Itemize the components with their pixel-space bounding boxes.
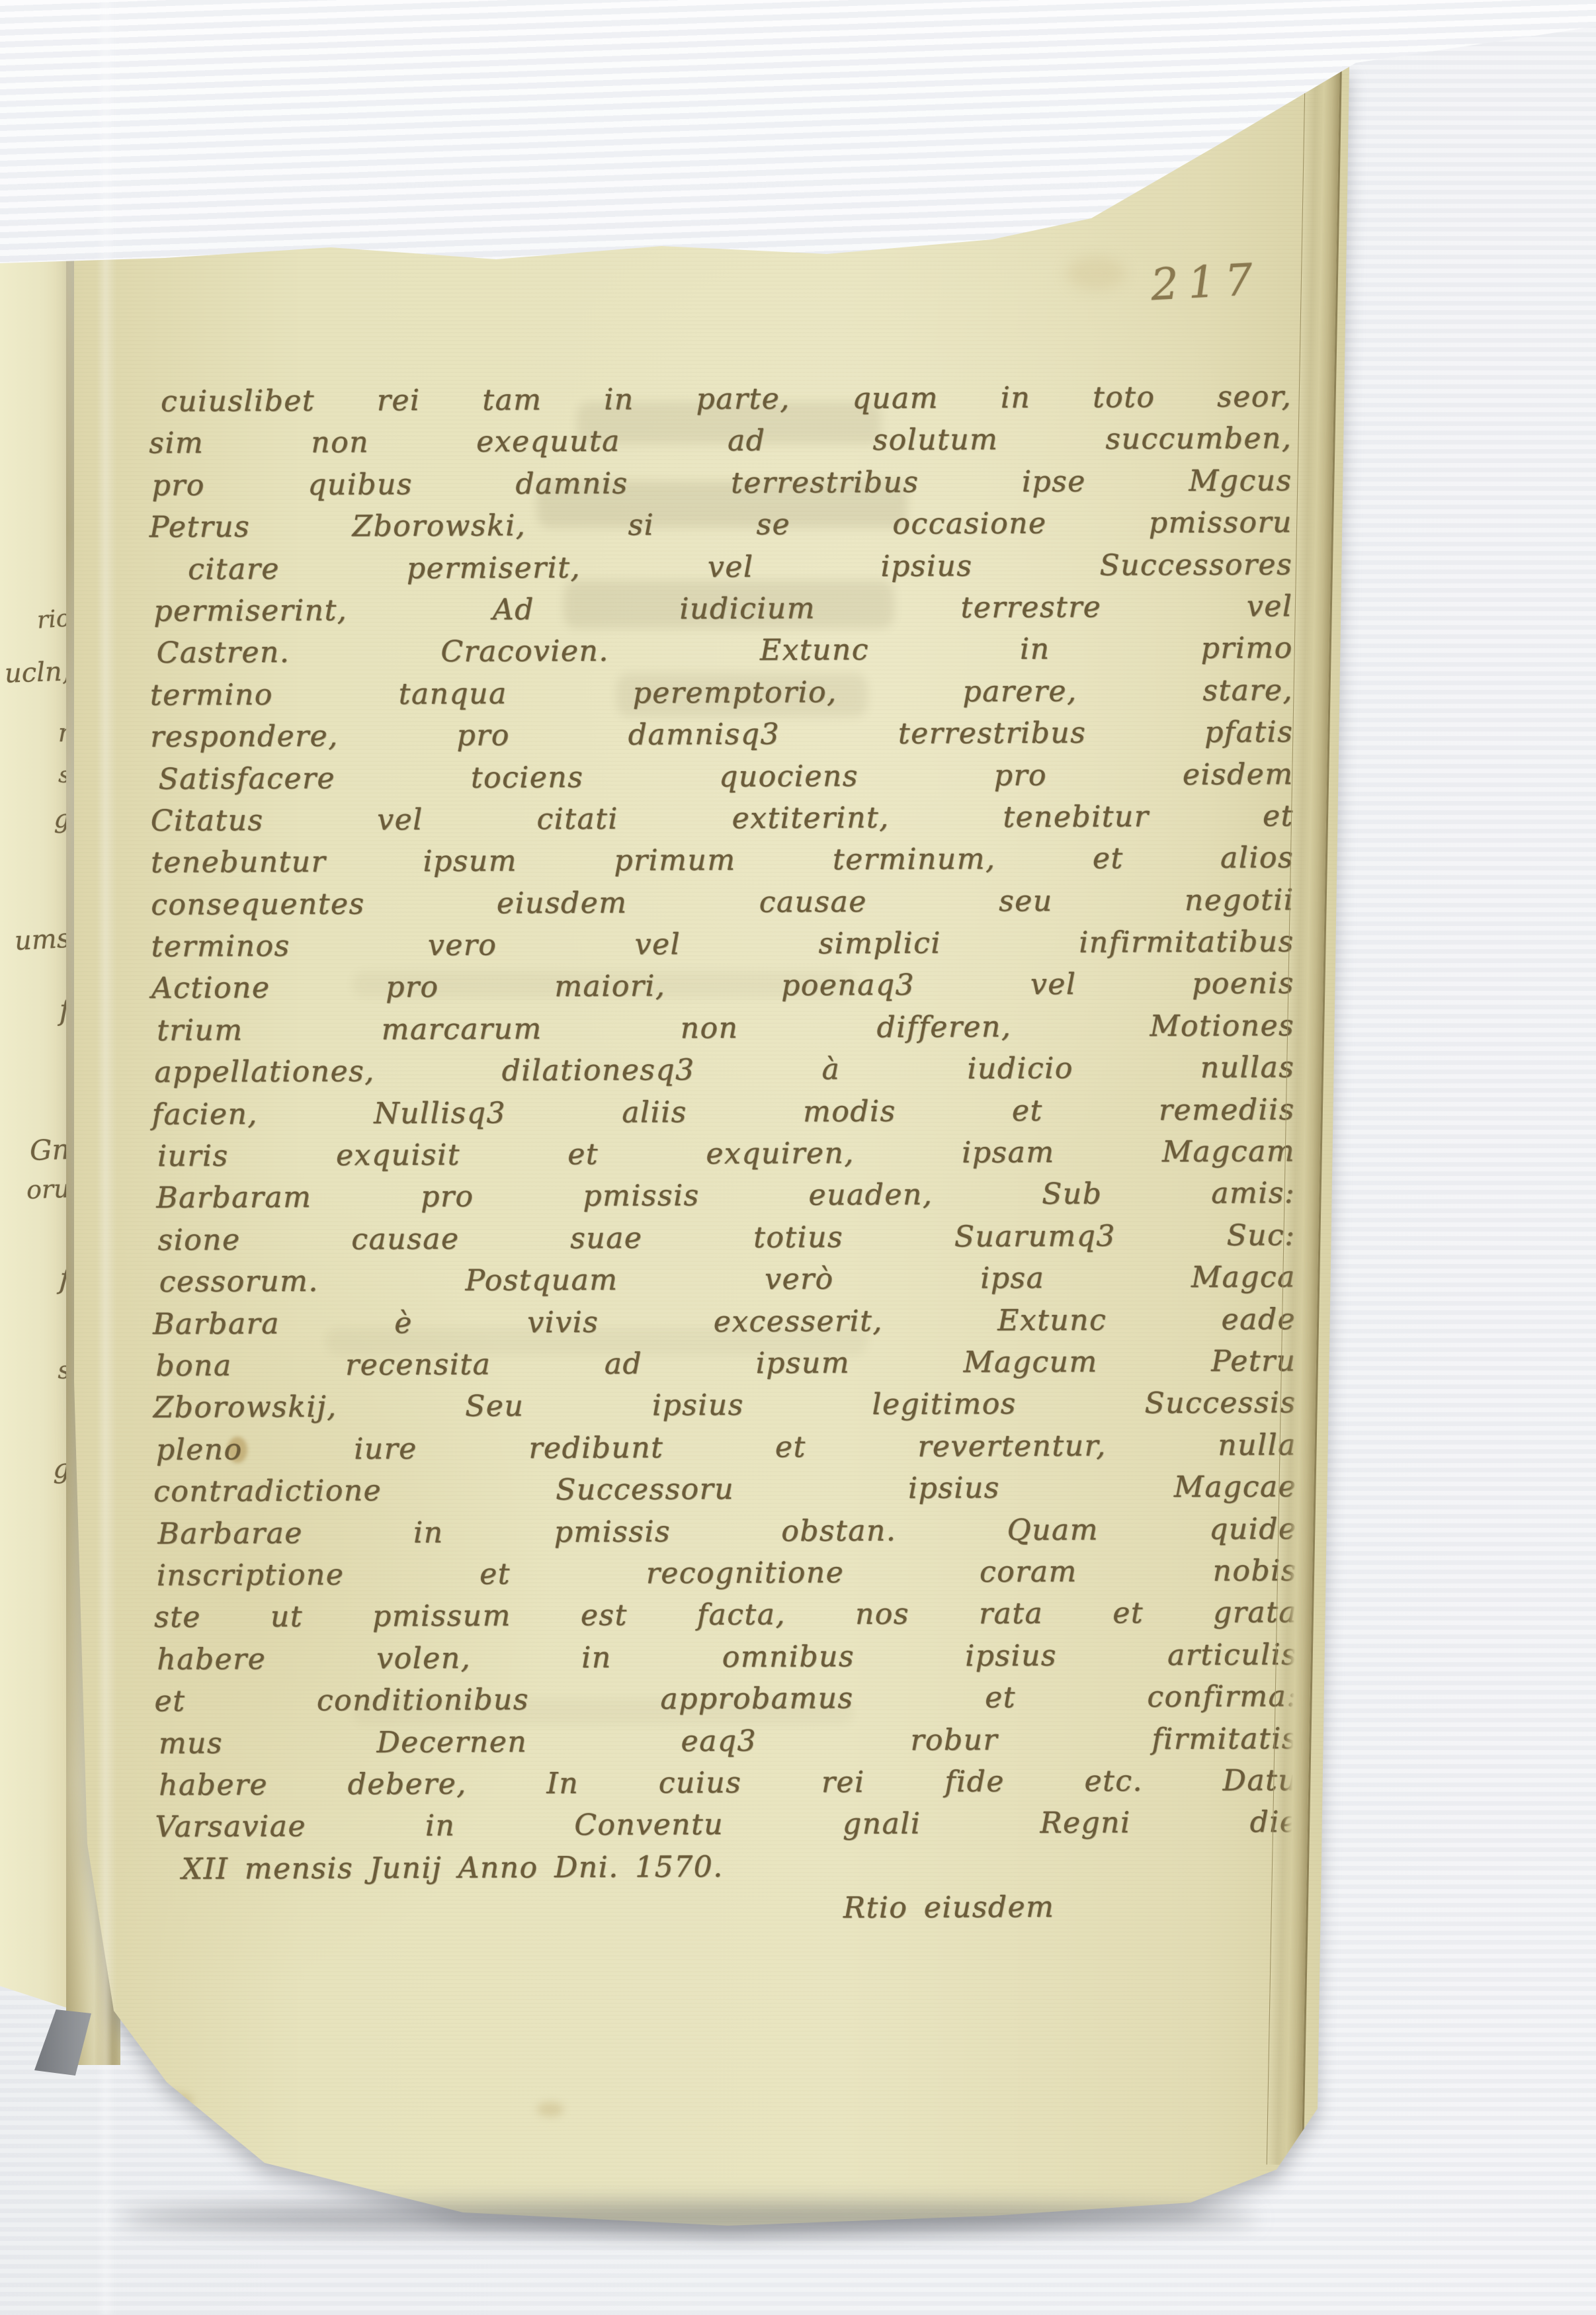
manuscript-line: respondere, pro damnisq3 terrestribus pf… (150, 711, 1293, 758)
manuscript-line: consequentes eiusdem causae seu negotii (151, 879, 1294, 926)
manuscript-line: habere volen, in omnibus ipsius articuli… (154, 1634, 1297, 1681)
foxing-spot (153, 2092, 193, 2109)
manuscript-line: Satisfacere tociens quociens pro eisdem (150, 753, 1293, 800)
manuscript-page: 217 cuiuslibet rei tam in parte, quam in… (74, 58, 1354, 2228)
manuscript-line: trium marcarum non differen, Motiones (151, 1005, 1294, 1052)
manuscript-line: ste ut pmissum est facta, nos rata et gr… (154, 1592, 1297, 1639)
manuscript-line: sim non exequuta ad solutum succumben, (149, 418, 1292, 465)
manuscript-line: terminos vero vel simplici infirmitatibu… (151, 921, 1294, 968)
manuscript-line: facien, Nullisq3 aliis modis et remediis (152, 1089, 1295, 1136)
manuscript-line: termino tanqua peremptorio, parere, star… (150, 669, 1293, 716)
manuscript-line: habere debere, In cuius rei fide etc. Da… (155, 1759, 1298, 1806)
manuscript-line: Barbarae in pmissis obstan. Quam quide (153, 1508, 1296, 1555)
manuscript-line: Citatus vel citati extiterint, tenebitur… (151, 795, 1294, 842)
text-fragment: Gn (30, 1133, 71, 1167)
manuscript-line: contradictione Successoru ipsius Magcae (153, 1466, 1296, 1513)
manuscript-scan: rioucln,rsgumsfGnorufsg 217 cuiuslibet r… (0, 0, 1596, 2315)
text-fragment: ucln, (4, 656, 71, 689)
manuscript-line: citare permiserit, vel ipsius Successore… (149, 544, 1292, 591)
manuscript-text: cuiuslibet rei tam in parte, quam in tot… (149, 376, 1298, 1932)
manuscript-line: iuris exquisit et exquiren, ipsam Magcam (152, 1130, 1295, 1177)
manuscript-line: inscriptione et recognitione coram nobis (154, 1550, 1297, 1597)
manuscript-line: cuiuslibet rei tam in parte, quam in tot… (149, 376, 1292, 423)
text-fragment: oru (26, 1174, 71, 1204)
manuscript-line: Actione pro maiori, poenaq3 vel poenis (151, 963, 1294, 1010)
manuscript-line: sione causae suae totius Suarumq3 Suc: (152, 1214, 1295, 1261)
manuscript-line: bona recensita ad ipsum Magcum Petru (153, 1340, 1296, 1387)
page-shadow (119, 2203, 1257, 2233)
film-reflection (97, 0, 116, 2315)
manuscript-line: mus Decernen eaq3 robur firmitatis (155, 1718, 1298, 1765)
page-paper: 217 cuiuslibet rei tam in parte, quam in… (74, 58, 1354, 2228)
manuscript-line: Barbaram pro pmissis euaden, Sub amis: (152, 1173, 1295, 1220)
manuscript-line: appellationes, dilationesq3 à iudicio nu… (151, 1046, 1294, 1093)
manuscript-line: cessorum. Postquam verò ipsa Magca (153, 1256, 1296, 1303)
manuscript-line: pleno iure redibunt et revertentur, null… (153, 1424, 1296, 1471)
manuscript-line: Petrus Zborowski, si se occasione pmisso… (149, 501, 1292, 548)
manuscript-line: Barbara è vivis excesserit, Extunc eade (153, 1298, 1296, 1345)
foxing-spot (537, 2102, 564, 2117)
manuscript-line: Rtio eiusdem (155, 1885, 1298, 1932)
manuscript-line: XII mensis Junij Anno Dni. 1570. (155, 1843, 1298, 1890)
text-fragment: ums (14, 923, 71, 956)
page-number: 217 (1150, 254, 1263, 311)
manuscript-line: et conditionibus approbamus et confirma: (154, 1675, 1297, 1722)
manuscript-line: permiserint, Ad iudicium terrestre vel (149, 585, 1292, 632)
manuscript-line: Zborowskij, Seu ipsius legitimos Success… (153, 1382, 1296, 1429)
manuscript-line: tenebuntur ipsum primum terminum, et ali… (151, 837, 1294, 884)
paper-discoloration (1066, 257, 1126, 290)
manuscript-line: pro quibus damnis terrestribus ipse Mgcu… (149, 460, 1292, 507)
manuscript-line: Varsaviae in Conventu gnali Regni die (155, 1802, 1298, 1849)
manuscript-line: Castren. Cracovien. Extunc in primo (150, 628, 1293, 675)
